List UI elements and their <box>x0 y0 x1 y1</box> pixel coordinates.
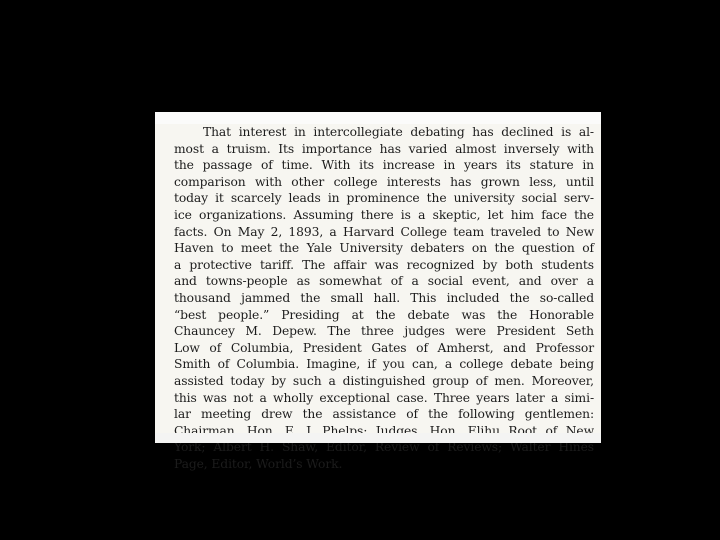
text-line: comparison with other college interests … <box>174 174 594 191</box>
text-line: most a truism. Its importance has varied… <box>174 141 594 158</box>
text-line: Haven to meet the Yale University debate… <box>174 240 594 257</box>
text-line: and towns-people as somewhat of a social… <box>174 273 594 290</box>
text-line: That interest in intercollegiate debatin… <box>174 124 594 141</box>
text-line: assisted today by such a distinguished g… <box>174 373 594 390</box>
scanned-page: That interest in intercollegiate debatin… <box>155 112 601 443</box>
text-line: Page, Editor, World’s Work. <box>174 456 594 473</box>
text-line: facts. On May 2, 1893, a Harvard College… <box>174 224 594 241</box>
text-line: the passage of time. With its increase i… <box>174 157 594 174</box>
page-bottom-margin <box>155 433 601 443</box>
paragraph-text: That interest in intercollegiate debatin… <box>174 124 594 472</box>
text-line: lar meeting drew the assistance of the f… <box>174 406 594 423</box>
text-line: this was not a wholly exceptional case. … <box>174 390 594 407</box>
text-line: thousand jammed the small hall. This inc… <box>174 290 594 307</box>
text-line: Chauncey M. Depew. The three judges were… <box>174 323 594 340</box>
text-line: “best people.” Presiding at the debate w… <box>174 307 594 324</box>
text-line: Smith of Columbia. Imagine, if you can, … <box>174 356 594 373</box>
text-line: ice organizations. Assuming there is a s… <box>174 207 594 224</box>
text-line: Low of Columbia, President Gates of Amhe… <box>174 340 594 357</box>
text-line: today it scarcely leads in prominence th… <box>174 190 594 207</box>
text-line: a protective tariff. The affair was reco… <box>174 257 594 274</box>
page-top-margin <box>155 112 601 124</box>
